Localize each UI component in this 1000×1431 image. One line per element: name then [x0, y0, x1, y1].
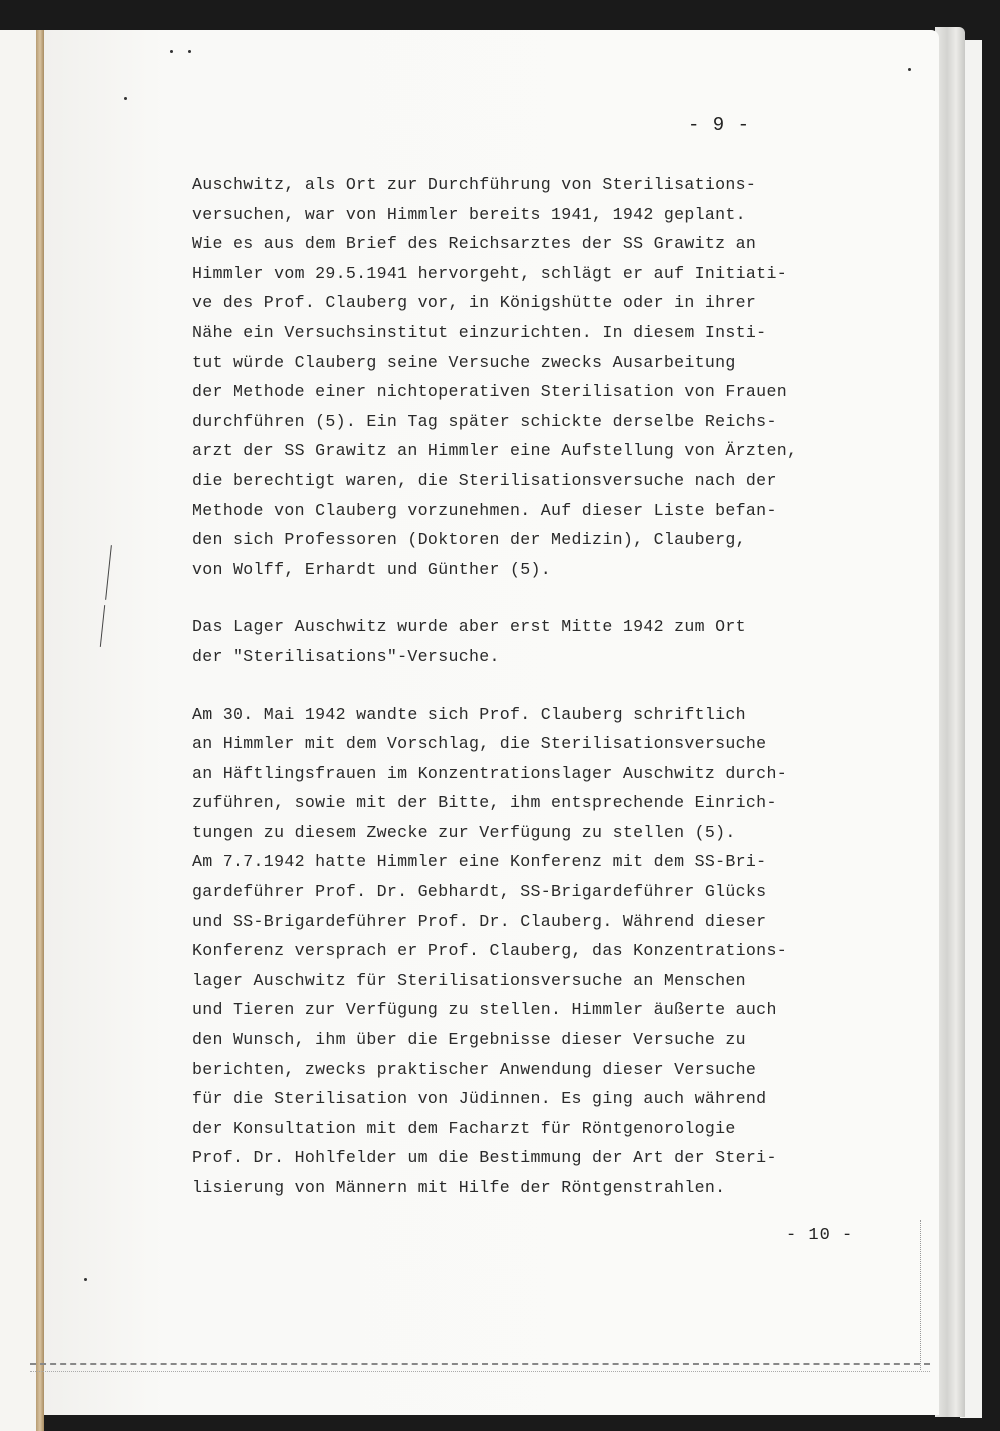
- text-line: Am 30. Mai 1942 wandte sich Prof. Claube…: [192, 700, 912, 730]
- text-line: Prof. Dr. Hohlfelder um die Bestimmung d…: [192, 1143, 912, 1173]
- text-line: arzt der SS Grawitz an Himmler eine Aufs…: [192, 436, 912, 466]
- text-line: Das Lager Auschwitz wurde aber erst Mitt…: [192, 612, 912, 642]
- text-line: an Häftlingsfrauen im Konzentrationslage…: [192, 759, 912, 789]
- text-line: an Himmler mit dem Vorschlag, die Steril…: [192, 729, 912, 759]
- text-line: Himmler vom 29.5.1941 hervorgeht, schläg…: [192, 259, 912, 289]
- text-line: und Tieren zur Verfügung zu stellen. Him…: [192, 995, 912, 1025]
- page-number-bottom: - 10 -: [786, 1226, 853, 1245]
- text-line: versuchen, war von Himmler bereits 1941,…: [192, 200, 912, 230]
- text-line: der "Sterilisations"-Versuche.: [192, 642, 912, 672]
- scan-border-line: [30, 1363, 930, 1365]
- paper-speck: [124, 97, 127, 100]
- text-line: tut würde Clauberg seine Versuche zwecks…: [192, 348, 912, 378]
- paper-speck: [170, 50, 173, 53]
- paper-speck: [84, 1278, 87, 1281]
- text-line: Wie es aus dem Brief des Reichsarztes de…: [192, 229, 912, 259]
- paper-speck: [908, 68, 911, 71]
- page-stack-edge: [935, 27, 965, 1417]
- text-line: für die Sterilisation von Jüdinnen. Es g…: [192, 1084, 912, 1114]
- paragraph: Auschwitz, als Ort zur Durchführung von …: [192, 170, 912, 584]
- paragraph: Am 30. Mai 1942 wandte sich Prof. Claube…: [192, 700, 912, 1203]
- text-line: zuführen, sowie mit der Bitte, ihm entsp…: [192, 788, 912, 818]
- text-line: von Wolff, Erhardt und Günther (5).: [192, 555, 912, 585]
- text-line: und SS-Brigardeführer Prof. Dr. Clauberg…: [192, 907, 912, 937]
- text-line: Am 7.7.1942 hatte Himmler eine Konferenz…: [192, 847, 912, 877]
- text-line: lisierung von Männern mit Hilfe der Rönt…: [192, 1173, 912, 1203]
- page-number-top: - 9 -: [688, 114, 750, 136]
- text-line: ve des Prof. Clauberg vor, in Königshütt…: [192, 288, 912, 318]
- text-line: Konferenz versprach er Prof. Clauberg, d…: [192, 936, 912, 966]
- text-line: der Methode einer nichtoperativen Steril…: [192, 377, 912, 407]
- scan-border-line: [920, 1220, 921, 1370]
- text-line: Auschwitz, als Ort zur Durchführung von …: [192, 170, 912, 200]
- text-line: durchführen (5). Ein Tag später schickte…: [192, 407, 912, 437]
- text-line: Methode von Clauberg vorzunehmen. Auf di…: [192, 496, 912, 526]
- book-gutter: [36, 30, 44, 1431]
- text-line: tungen zu diesem Zwecke zur Verfügung zu…: [192, 818, 912, 848]
- paragraph-gap: [192, 584, 912, 612]
- text-line: der Konsultation mit dem Facharzt für Rö…: [192, 1114, 912, 1144]
- facing-page-edge: [0, 30, 36, 1431]
- text-line: den Wunsch, ihm über die Ergebnisse dies…: [192, 1025, 912, 1055]
- paragraph: Das Lager Auschwitz wurde aber erst Mitt…: [192, 612, 912, 671]
- scan-border-line: [30, 1371, 930, 1372]
- text-line: den sich Professoren (Doktoren der Mediz…: [192, 525, 912, 555]
- text-line: die berechtigt waren, die Sterilisations…: [192, 466, 912, 496]
- text-line: Nähe ein Versuchsinstitut einzurichten. …: [192, 318, 912, 348]
- paper-speck: [188, 50, 191, 53]
- text-line: berichten, zwecks praktischer Anwendung …: [192, 1055, 912, 1085]
- body-text: Auschwitz, als Ort zur Durchführung von …: [192, 170, 912, 1203]
- paragraph-gap: [192, 672, 912, 700]
- text-line: gardeführer Prof. Dr. Gebhardt, SS-Briga…: [192, 877, 912, 907]
- text-line: lager Auschwitz für Sterilisationsversuc…: [192, 966, 912, 996]
